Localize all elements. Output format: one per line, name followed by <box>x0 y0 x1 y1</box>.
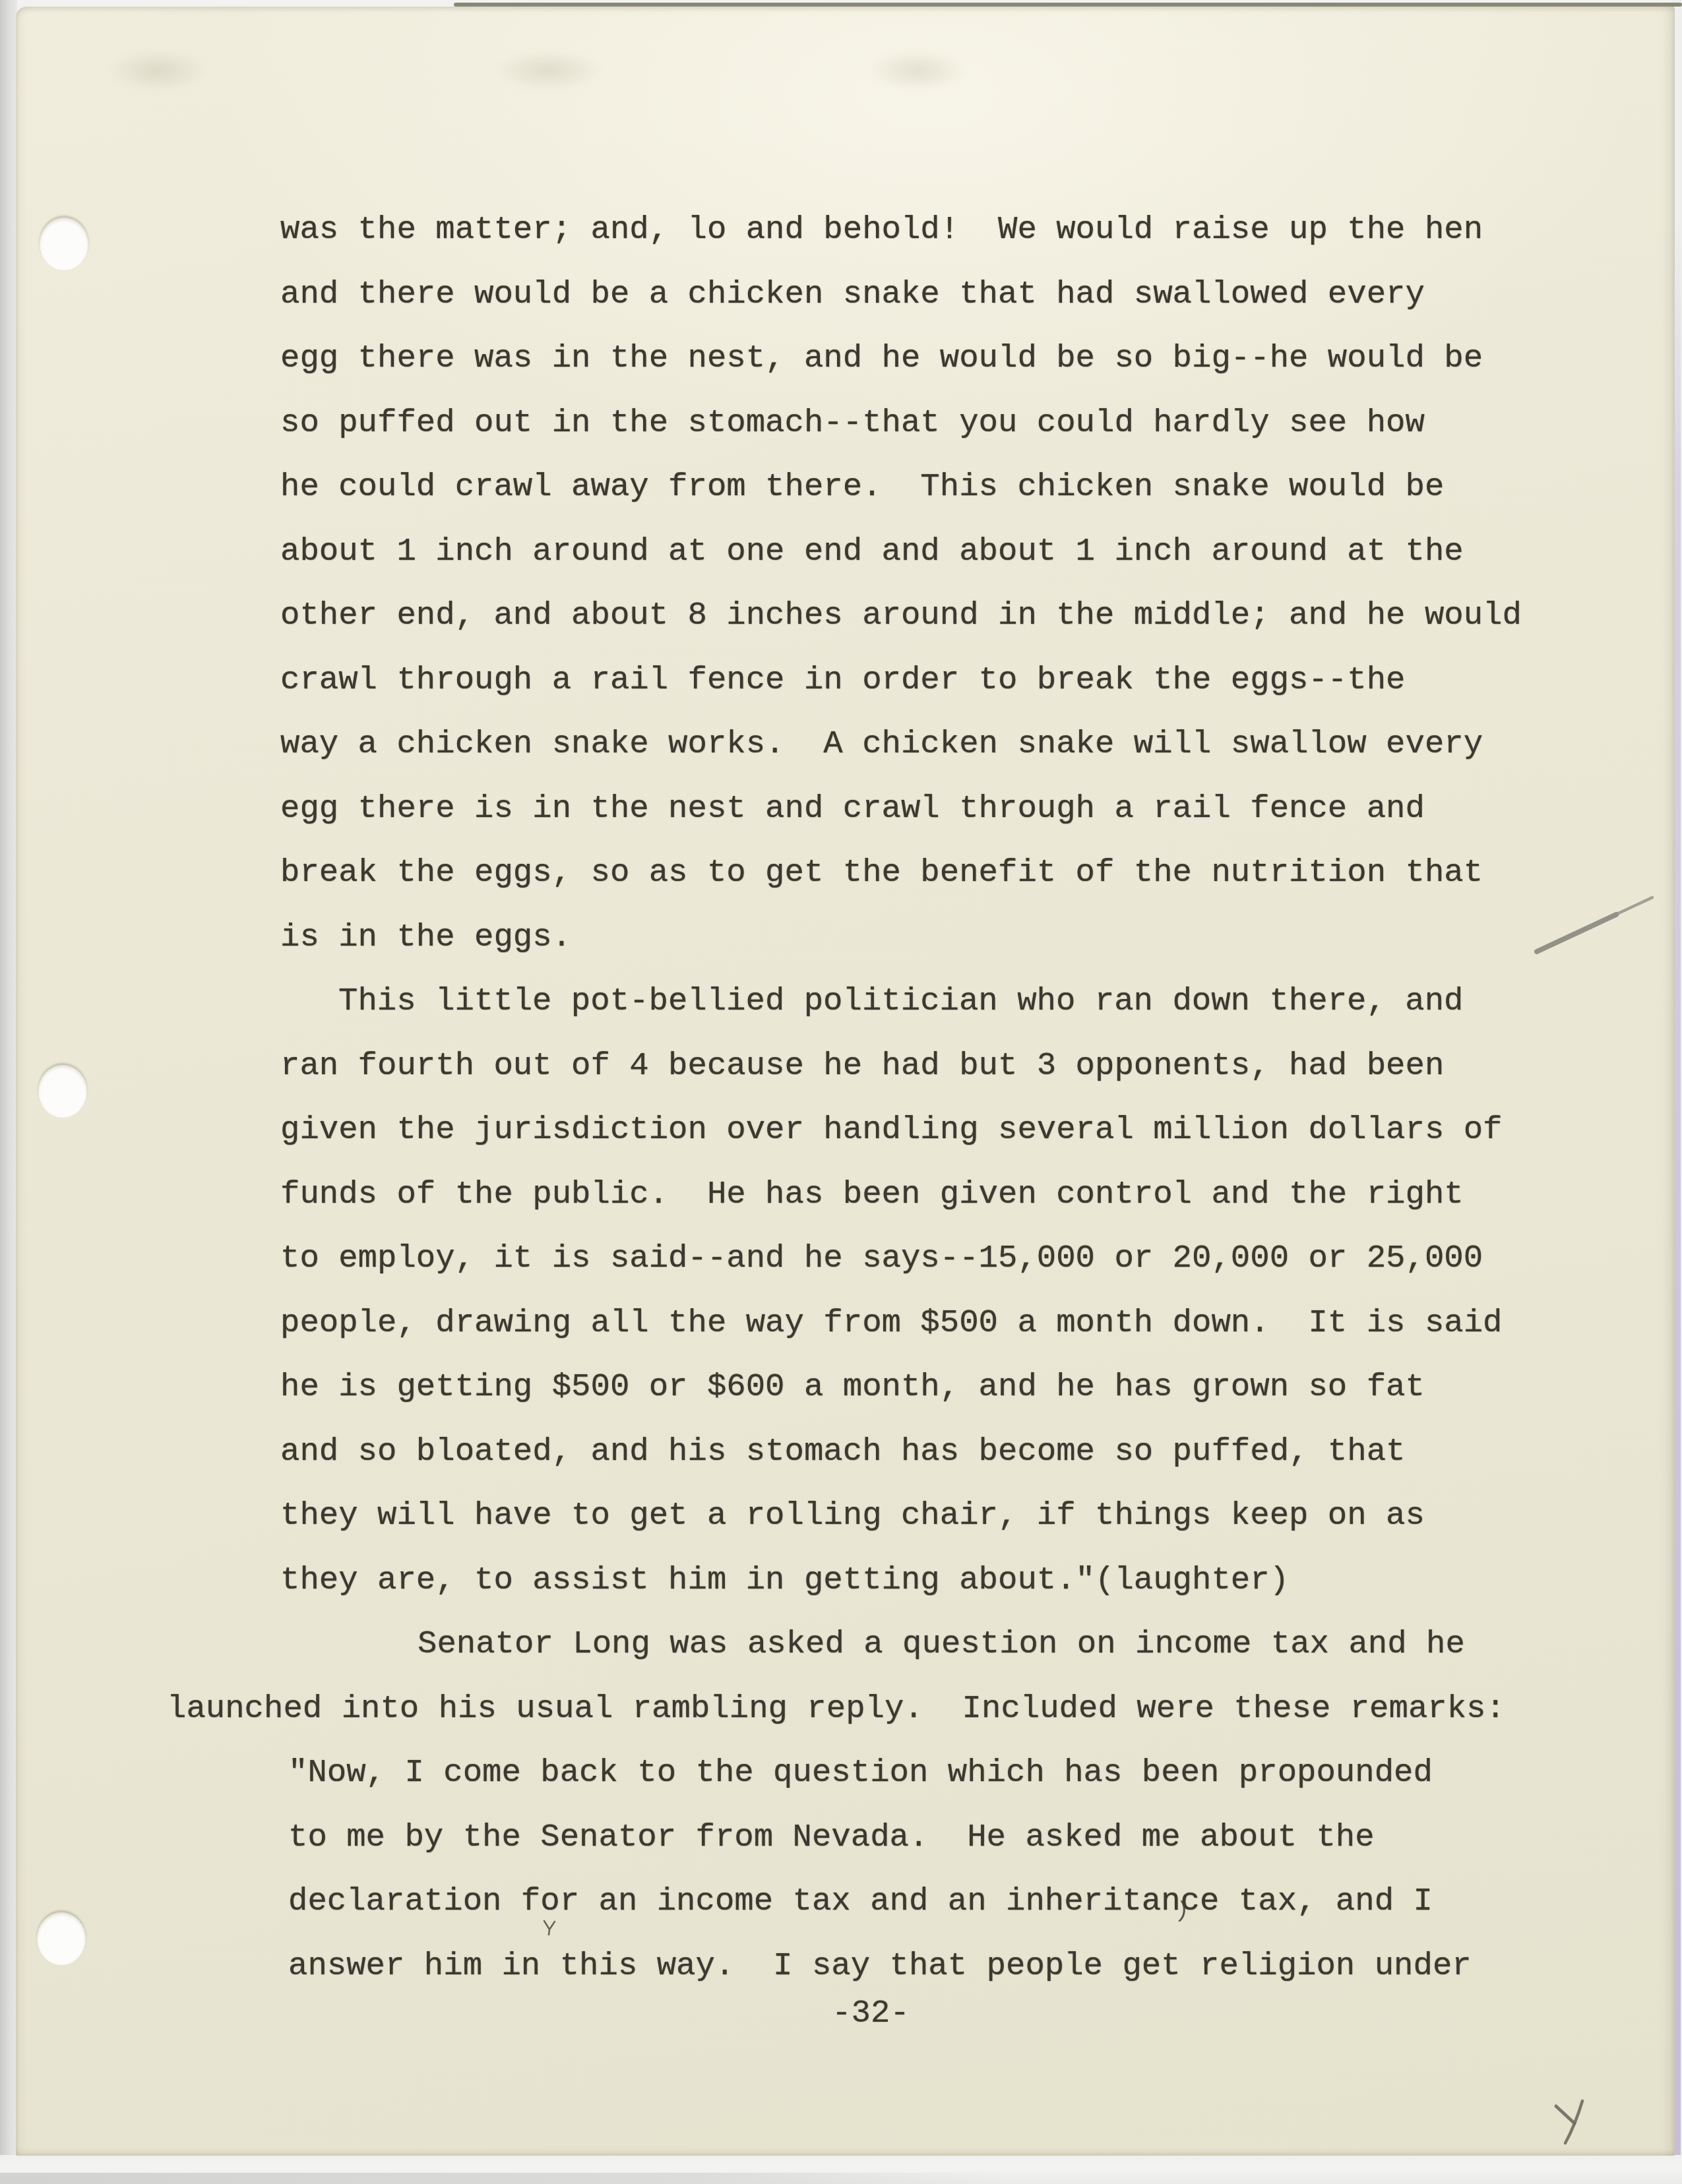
text-line: funds of the public. He has been given c… <box>0 1163 1682 1227</box>
paper-smudge <box>108 50 207 91</box>
pencil-slash-mark <box>1517 880 1675 966</box>
text-line: egg there was in the nest, and he would … <box>0 326 1682 391</box>
text-line: crawl through a rail fence in order to b… <box>0 648 1682 713</box>
text-line: to employ, it is said--and he says--15,0… <box>0 1227 1682 1291</box>
text-line: and there would be a chicken snake that … <box>0 262 1682 327</box>
text-line: he is getting $500 or $600 a month, and … <box>0 1355 1682 1420</box>
text-line: is in the eggs. <box>0 905 1682 970</box>
text-line: so puffed out in the stomach--that you c… <box>0 391 1682 456</box>
text-line: This little pot-bellied politician who r… <box>0 969 1682 1034</box>
text-line: "Now, I come back to the question which … <box>0 1741 1682 1805</box>
paper-smudge <box>494 50 603 91</box>
handwritten-y-mark <box>1540 2090 1606 2153</box>
page-edge-shadow-line <box>454 3 1682 7</box>
text-line: they are, to assist him in getting about… <box>0 1548 1682 1613</box>
text-line: to me by the Senator from Nevada. He ask… <box>0 1805 1682 1870</box>
page-number: -32- <box>772 1982 970 2046</box>
typewritten-text-block: was the matter; and, lo and behold! We w… <box>0 198 1682 1998</box>
text-line: he could crawl away from there. This chi… <box>0 455 1682 520</box>
text-line: break the eggs, so as to get the benefit… <box>0 841 1682 905</box>
text-line: given the jurisdiction over handling sev… <box>0 1098 1682 1163</box>
typed-apostrophe-artifact: ) <box>1174 1898 1190 1925</box>
scanner-bottom-grey-bar <box>0 2173 1003 2184</box>
text-line: and so bloated, and his stomach has beco… <box>0 1420 1682 1484</box>
text-line: launched into his usual rambling reply. … <box>0 1677 1682 1742</box>
text-line: egg there is in the nest and crawl throu… <box>0 777 1682 841</box>
text-line: they will have to get a rolling chair, i… <box>0 1484 1682 1548</box>
text-line: other end, and about 8 inches around in … <box>0 584 1682 648</box>
text-line: people, drawing all the way from $500 a … <box>0 1291 1682 1356</box>
text-line: about 1 inch around at one end and about… <box>0 520 1682 584</box>
typed-caret-artifact <box>540 1918 562 1937</box>
text-line: declaration for an income tax and an inh… <box>0 1869 1682 1934</box>
text-line: way a chicken snake works. A chicken sna… <box>0 712 1682 777</box>
text-line: Senator Long was asked a question on inc… <box>0 1612 1682 1677</box>
paper-smudge <box>868 50 967 91</box>
text-line: was the matter; and, lo and behold! We w… <box>0 198 1682 262</box>
text-line: ran fourth out of 4 because he had but 3… <box>0 1034 1682 1099</box>
